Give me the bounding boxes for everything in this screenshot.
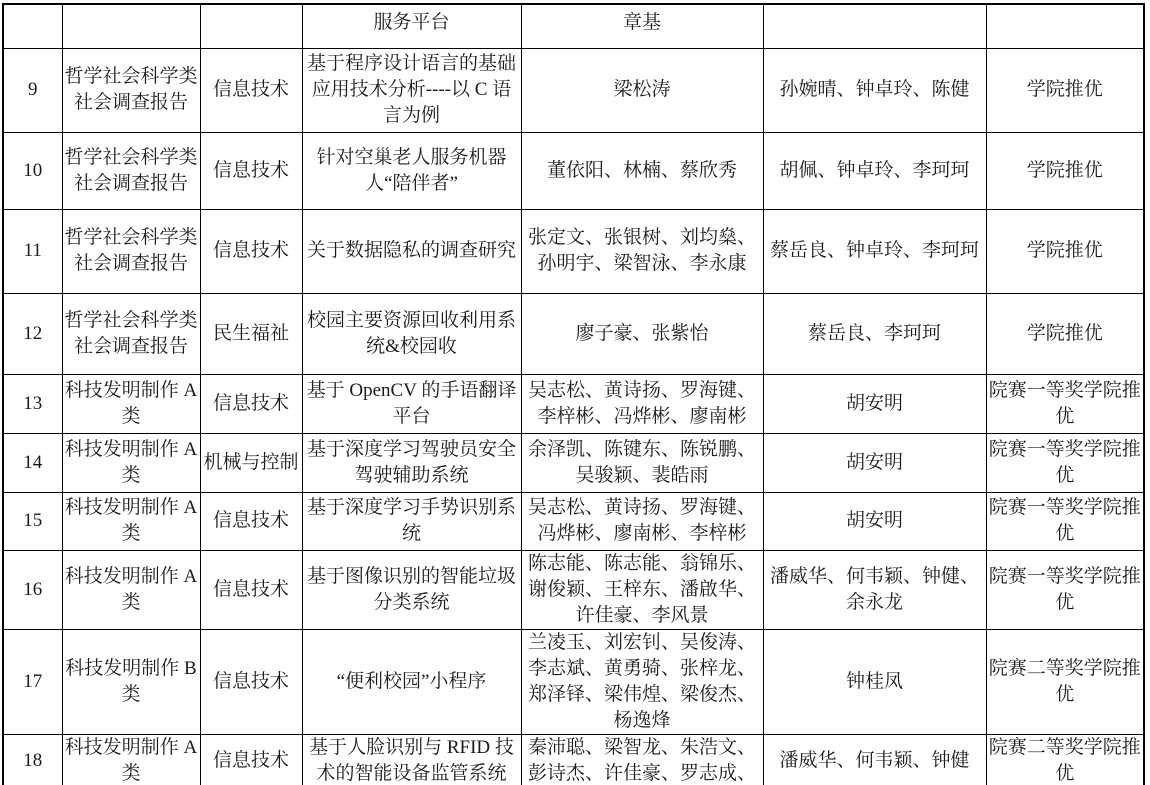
field-cell: 信息技术 [200,48,302,132]
table-row: 15 科技发明制作 A 类 信息技术 基于深度学习手势识别系统 吴志松、黄诗扬、… [3,492,1144,550]
category-cell: 科技发明制作 A 类 [62,433,200,492]
field-cell: 信息技术 [200,132,302,209]
award-cell: 院赛二等奖学院推优 [986,629,1144,734]
category-cell: 科技发明制作 A 类 [62,374,200,433]
category-cell: 科技发明制作 A 类 [62,550,200,629]
field-cell: 信息技术 [200,374,302,433]
members-cell: 董依阳、林楠、蔡欣秀 [521,132,763,209]
category-cell [62,4,200,48]
award-cell: 院赛二等奖学院推优 [986,734,1144,785]
row-number-cell: 15 [3,492,62,550]
members-cell: 兰凌玉、刘宏钊、吴俊涛、李志斌、黄勇骑、张梓龙、郑泽铎、梁伟煌、梁俊杰、杨逸烽 [521,629,763,734]
field-cell: 机械与控制 [200,433,302,492]
advisors-cell: 潘威华、何韦颖、钟健 [763,734,986,785]
award-cell: 院赛一等奖学院推优 [986,374,1144,433]
category-cell: 科技发明制作 A 类 [62,734,200,785]
row-number-cell: 9 [3,48,62,132]
project-title-cell: 基于图像识别的智能垃圾分类系统 [302,550,521,629]
members-cell: 吴志松、黄诗扬、罗海键、李梓彬、冯烨彬、廖南彬 [521,374,763,433]
members-cell: 梁松涛 [521,48,763,132]
members-cell: 陈志能、陈志能、翁锦乐、谢俊颖、王梓东、潘啟华、许佳豪、李风景 [521,550,763,629]
project-title-cell: 基于人脸识别与 RFID 技术的智能设备监管系统 [302,734,521,785]
project-title-cell: 服务平台 [302,4,521,48]
table-row-partial: 服务平台 章基 [3,4,1144,48]
advisors-cell: 胡安明 [763,492,986,550]
field-cell: 信息技术 [200,209,302,293]
category-cell: 哲学社会科学类社会调查报告 [62,209,200,293]
award-cell: 学院推优 [986,209,1144,293]
row-number-cell: 14 [3,433,62,492]
advisors-cell [763,4,986,48]
table-row: 10 哲学社会科学类社会调查报告 信息技术 针对空巢老人服务机器人“陪伴者” 董… [3,132,1144,209]
field-cell: 民生福祉 [200,293,302,374]
field-cell: 信息技术 [200,550,302,629]
members-cell: 张定文、张银树、刘均燊、孙明宇、梁智泳、李永康 [521,209,763,293]
table-row: 9 哲学社会科学类社会调查报告 信息技术 基于程序设计语言的基础应用技术分析--… [3,48,1144,132]
advisors-cell: 胡安明 [763,433,986,492]
table-row: 16 科技发明制作 A 类 信息技术 基于图像识别的智能垃圾分类系统 陈志能、陈… [3,550,1144,629]
table-row: 13 科技发明制作 A 类 信息技术 基于 OpenCV 的手语翻译平台 吴志松… [3,374,1144,433]
category-cell: 哲学社会科学类社会调查报告 [62,132,200,209]
award-cell [986,4,1144,48]
members-cell: 余泽凯、陈键东、陈锐鹏、吴骏颖、裴皓雨 [521,433,763,492]
advisors-cell: 潘威华、何韦颖、钟健、余永龙 [763,550,986,629]
project-title-cell: 关于数据隐私的调查研究 [302,209,521,293]
row-number-cell: 13 [3,374,62,433]
project-title-cell: 基于深度学习驾驶员安全驾驶辅助系统 [302,433,521,492]
advisors-cell: 孙婉晴、钟卓玲、陈健 [763,48,986,132]
row-number-cell: 11 [3,209,62,293]
awards-table: 服务平台 章基 9 哲学社会科学类社会调查报告 信息技术 基于程序设计语言的基础… [2,3,1145,785]
table-row: 18 科技发明制作 A 类 信息技术 基于人脸识别与 RFID 技术的智能设备监… [3,734,1144,785]
table-row: 12 哲学社会科学类社会调查报告 民生福祉 校园主要资源回收利用系统&校园收 廖… [3,293,1144,374]
row-number-cell: 16 [3,550,62,629]
table-row: 14 科技发明制作 A 类 机械与控制 基于深度学习驾驶员安全驾驶辅助系统 余泽… [3,433,1144,492]
project-title-cell: “便利校园”小程序 [302,629,521,734]
advisors-cell: 胡安明 [763,374,986,433]
category-cell: 哲学社会科学类社会调查报告 [62,48,200,132]
table-row: 17 科技发明制作 B 类 信息技术 “便利校园”小程序 兰凌玉、刘宏钊、吴俊涛… [3,629,1144,734]
field-cell: 信息技术 [200,629,302,734]
row-number-cell: 12 [3,293,62,374]
table-row: 11 哲学社会科学类社会调查报告 信息技术 关于数据隐私的调查研究 张定文、张银… [3,209,1144,293]
members-cell: 吴志松、黄诗扬、罗海键、冯烨彬、廖南彬、李梓彬 [521,492,763,550]
category-cell: 哲学社会科学类社会调查报告 [62,293,200,374]
advisors-cell: 胡佩、钟卓玲、李珂珂 [763,132,986,209]
award-cell: 学院推优 [986,48,1144,132]
advisors-cell: 蔡岳良、钟卓玲、李珂珂 [763,209,986,293]
members-cell: 秦沛聪、梁智龙、朱浩文、彭诗杰、许佳豪、罗志成、 [521,734,763,785]
field-cell: 信息技术 [200,492,302,550]
row-number-cell [3,4,62,48]
award-cell: 院赛一等奖学院推优 [986,492,1144,550]
category-cell: 科技发明制作 B 类 [62,629,200,734]
advisors-cell: 蔡岳良、李珂珂 [763,293,986,374]
document-sheet: 服务平台 章基 9 哲学社会科学类社会调查报告 信息技术 基于程序设计语言的基础… [0,0,1150,785]
project-title-cell: 基于深度学习手势识别系统 [302,492,521,550]
award-cell: 院赛一等奖学院推优 [986,550,1144,629]
field-cell: 信息技术 [200,734,302,785]
award-cell: 学院推优 [986,132,1144,209]
members-cell: 章基 [521,4,763,48]
project-title-cell: 针对空巢老人服务机器人“陪伴者” [302,132,521,209]
row-number-cell: 17 [3,629,62,734]
field-cell [200,4,302,48]
award-cell: 学院推优 [986,293,1144,374]
row-number-cell: 10 [3,132,62,209]
members-cell: 廖子豪、张紫怡 [521,293,763,374]
project-title-cell: 校园主要资源回收利用系统&校园收 [302,293,521,374]
project-title-cell: 基于 OpenCV 的手语翻译平台 [302,374,521,433]
award-cell: 院赛一等奖学院推优 [986,433,1144,492]
project-title-cell: 基于程序设计语言的基础应用技术分析----以 C 语言为例 [302,48,521,132]
category-cell: 科技发明制作 A 类 [62,492,200,550]
advisors-cell: 钟桂凤 [763,629,986,734]
row-number-cell: 18 [3,734,62,785]
